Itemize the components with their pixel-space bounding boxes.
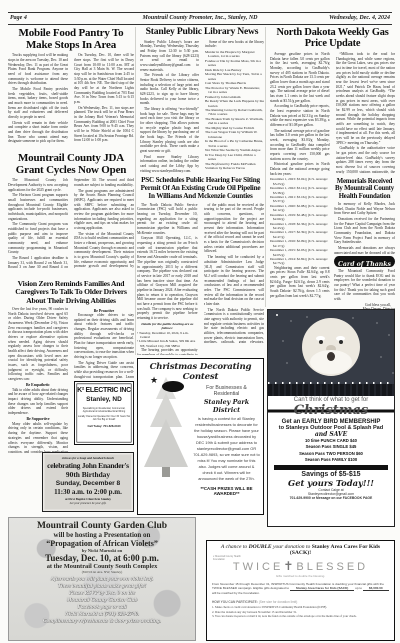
list-item: On Wednesday, Dec. 11, two stops are pla… <box>74 106 134 143</box>
ad-line: Join us for a Soup and Sandwich lunch <box>43 456 133 460</box>
black-bar <box>274 465 388 470</box>
list-item: The Horizon Grant program supports small… <box>8 193 68 221</box>
body-part: up to <box>355 586 362 590</box>
paragraphs: “Millions took to the road for Thanksgiv… <box>336 52 396 174</box>
list-item: The Protector by Wanda E. Brunstetter, 1… <box>205 86 264 95</box>
list-item: In the Blood of a Pie by Catherine Bruns… <box>205 139 264 148</box>
paragraph: Neighboring areas and their current gas … <box>270 266 330 299</box>
article-body: Trucks supplying food will be making sto… <box>8 53 134 149</box>
participate-note: (See size for donation limit) <box>259 600 298 604</box>
ad-line: celebrating John Enander's <box>43 461 133 470</box>
ad-line: For Businesses & Residential <box>193 385 260 397</box>
ad-decorating-contest: Christmas Decorating Contest ★ For Busin… <box>137 358 264 515</box>
list-item: The Broken Truth by Reavis Z. Wortham, 2… <box>205 117 264 126</box>
article-headline: Mountrail County JDA Grant Cycles Now Op… <box>8 152 134 176</box>
ad-line: Sunday, December 8 <box>43 480 133 487</box>
list-item: Variation by Rebecca Yarros <box>205 166 264 170</box>
article-column-right: Be Proactive Encourage older drivers to … <box>74 307 134 453</box>
list-item: Clients will remain in their vehicle and… <box>8 121 68 144</box>
paragraphs: of the public must be received at the he… <box>204 203 265 343</box>
advertiser-name: K² ELECTRIC INC <box>77 387 131 394</box>
list-item: December 1, 2018: $2.36/g (U.S. Average:… <box>270 222 330 231</box>
ad-pool-membership: Can't think of what to get for Christmas… <box>267 309 395 527</box>
ad-twice-blessed: A chance to DOUBLE your donation to Stan… <box>206 540 395 641</box>
article-mobile-food-pantry: Mobile Food Pantry To Make Stops In Area… <box>8 27 134 149</box>
article-body: In memory of Kelly Rhodes, Jack Seibel, … <box>334 202 395 254</box>
list-item: of the public must be received at the he… <box>204 203 265 254</box>
santa-moon-image <box>268 310 394 396</box>
list-item: These beautiful plants make great gifts! <box>9 583 195 590</box>
ad-line: Locally Owned & Operated for Over 30 Yea… <box>77 415 131 421</box>
ad-light-text: Afterwards you will plant your own viole… <box>9 576 195 626</box>
list-item: Complimentary refreshments & door prizes… <box>9 618 195 625</box>
cross-icon: ✝ <box>283 559 296 573</box>
foundation-label: Mountrail County Health Foundation <box>213 555 241 561</box>
list-item: The national average price of gasoline h… <box>270 129 330 162</box>
stars <box>276 314 278 316</box>
article-column-left: Average gasoline prices in North Dakota … <box>270 52 330 305</box>
column-divider <box>265 27 266 307</box>
ad-line: Let your presence be your gift. <box>43 501 133 505</box>
list-item: In Too Deep by Lee Child, 29th in a seri… <box>205 153 264 162</box>
ad-tagline: Gifts matched to double the blessing. <box>212 574 389 578</box>
participate-title: HOW YOU CAN PARTICIPATE: (See size for d… <box>212 600 389 604</box>
article-headline: North Dakota Weekly Gas Price Update <box>270 27 395 50</box>
article-headline: PSC Schedules Public Hearing For Siting … <box>137 177 264 201</box>
list-item: GasBuddy is the authoritative voice for … <box>336 146 396 174</box>
list-item: Please RSVP by Dec. 8 on the <box>9 590 195 597</box>
headline-line: About Their Driving Abilities <box>8 297 134 305</box>
article-column-left: The North Dakota Public Service Commissi… <box>137 203 198 355</box>
list-item: • Tuesday, December 10, 2024, 9 a.m. Cen… <box>137 331 198 340</box>
list-item: Be Ready When the Luck Happens by Ina Ga… <box>205 99 264 108</box>
ad-line: Specializing in Residential, Commercial,… <box>77 407 131 413</box>
ad-savings: Savings of $5-$15 <box>268 471 394 478</box>
ad-line: 11:30 a.m. to 2:00 p.m. <box>43 488 133 496</box>
list-item: The Community Grant program was establis… <box>8 222 68 255</box>
speech-bubble-text <box>164 384 182 389</box>
list-item: Murder in the Hospice by Margaret Loudon… <box>205 50 264 59</box>
header-bottom-rule <box>8 24 392 25</box>
moon-face <box>302 318 360 376</box>
logo-word: TWICE <box>233 561 283 573</box>
list-item: December 1, 2014: $2.82/g (U.S. Average:… <box>270 257 330 266</box>
paragraph: The hearing provides an opportunity for … <box>137 348 198 355</box>
paragraph: Over the last five years, 90 crashes in … <box>8 307 68 382</box>
list-item: Average gasoline prices in North Dakota … <box>270 52 330 103</box>
card-of-thanks-banner: Card of Thanks <box>334 256 395 267</box>
list-item: Find more Stanley Library information on… <box>140 155 199 174</box>
list-item: In memory of Kelly Rhodes, Jack Seibel, … <box>334 202 395 216</box>
ad-line: Stanley Park District <box>193 398 260 414</box>
subheading: Be Proactive <box>74 309 134 313</box>
article-body: Stanley Public Library's hours are Monda… <box>140 40 264 174</box>
hearing-details: • Tuesday, December 10, 2024, 9 a.m. Cen… <box>137 331 198 349</box>
article-headline: Vision Zero Reminds Families And Caregiv… <box>8 280 134 305</box>
list-item: Season Pass FAMILY $100 <box>268 457 394 463</box>
subheading: Be Supportive <box>8 417 68 421</box>
list-item: December 1, 2015: $2.03/g (U.S. Average:… <box>270 248 330 257</box>
list-item: December 1, 2020: $2.08/g (U.S. Average:… <box>270 204 330 213</box>
list-item: December 1, 2023: $3.02/g (U.S. Average:… <box>270 177 330 186</box>
price-history-list: December 1, 2023: $3.02/g (U.S. Average:… <box>270 177 330 265</box>
history-intro: Historical gasoline prices in North Dako… <box>270 162 330 176</box>
list-item: December 1, 2017: $2.39/g (U.S. Average:… <box>270 230 330 239</box>
article-body: The Mountrail County Job Development Aut… <box>8 178 134 276</box>
list-item: December 1, 2021: $3.16/g (U.S. Average:… <box>270 195 330 204</box>
ad-k2-electric: K² ELECTRIC INC Stanley, ND Specializing… <box>74 381 134 445</box>
christmas-tree-image: ★ <box>142 375 190 505</box>
article-headline: Memorials Received By Mountrail County H… <box>334 178 395 200</box>
list-item: The Friends of the Library offer Senior … <box>140 73 199 106</box>
list-item: The Mobile Food Pantry provides fresh ve… <box>8 87 68 120</box>
foundation-logo: ♥ Mountrail County Health Foundation <box>213 555 243 561</box>
paragraphs: The North Dakota Public Service Commissi… <box>137 203 198 321</box>
list-item: December 1, 2022: $3.12/g (U.S. Average:… <box>270 186 330 195</box>
advertiser-city: Stanley, ND <box>77 396 131 403</box>
headline-part: A chance to <box>221 544 247 550</box>
list-item: December 1, 2016: $2.09/g (U.S. Average:… <box>270 239 330 248</box>
ad-footer: **CASH PRIZES WILL BE AWARDED** <box>193 486 260 496</box>
headline-part: DOUBLE <box>249 544 272 550</box>
details-intro: Details for the public hearing are as fo… <box>137 322 198 330</box>
participate-steps: 1. Make check or credit card donation to… <box>212 605 389 619</box>
ad-contact: 701-629-9900 or Message on our FACEBOOK … <box>268 496 394 500</box>
list-item: The Running Grave by Robert Galbraith, 7… <box>205 108 264 117</box>
list-item: On Tuesday, Dec. 10, there will be three… <box>74 53 134 104</box>
list-item: The North Dakota Public Service Commissi… <box>204 308 265 343</box>
list-item: Mountrail County Garden Club <box>9 597 195 604</box>
subheading: Be Empathetic <box>8 383 68 387</box>
ad-line: Mountrail County Garden Club <box>9 521 195 531</box>
ad-phone: Call Today: 701-628-3440 <box>77 424 131 428</box>
list-item: December 1, 2019: $2.48/g (U.S. Average:… <box>270 213 330 222</box>
article-jda-grants: Mountrail County JDA Grant Cycles Now Op… <box>8 152 134 276</box>
article-column-right: “Millions took to the road for Thanksgiv… <box>336 52 396 174</box>
article-psc-hearing: PSC Schedules Public Hearing For Siting … <box>137 177 264 355</box>
article-column-right: of the public must be received at the he… <box>204 203 265 343</box>
ad-line: will be hosting a Presentation on <box>9 531 195 539</box>
headline-part: ! <box>309 550 311 556</box>
paragraph: Talk to older adults about their driving… <box>8 388 68 416</box>
list-item: According to GasBuddy price reports, the… <box>270 104 330 127</box>
list-item: Fondue or Die by Korina Moss, 5th in a s… <box>205 59 264 68</box>
article-memorials: Memorials Received By Mountrail County H… <box>334 178 395 254</box>
list-item: Grayson Mill Operating, LLC, is requesti… <box>137 236 198 320</box>
fence <box>268 384 394 396</box>
list-item: Moving Her Shack by Joy Turn, 3rd in a s… <box>205 72 264 81</box>
ad-line: Tuesday, Dec. 10, at 6:00 p.m. <box>9 553 195 563</box>
ad-body: is having a contest for all Stanley resi… <box>193 416 260 483</box>
column-text: Be Proactive Encourage older drivers to … <box>74 307 134 379</box>
article-column-left: Over the last five years, 90 crashes in … <box>8 307 68 453</box>
paragraph: Many older adults self-regulate by drivi… <box>8 422 68 453</box>
list-item: Stanley Public Library's hours are Monda… <box>140 40 199 73</box>
column-divider <box>135 27 136 355</box>
amount-blank: $6,000.00 <box>363 586 389 591</box>
list-item: 3. You can donate in-person or mail it i… <box>212 614 389 619</box>
ad-script-word: Christmas <box>268 403 394 418</box>
issue-date: Wednesday, Dec. 4, 2024 <box>329 15 390 21</box>
list-item: • Little Missouri Inn & Suites, 509 9th … <box>137 339 198 348</box>
list-item: The Mountrail County Job Development Aut… <box>8 178 68 192</box>
ad-enander-birthday: Join us for a Soup and Sandwich lunch ce… <box>42 452 134 512</box>
price-list: 10 time PUNCH CARD $40Season Pass SINGLE… <box>268 438 394 463</box>
list-item: The Last Wagon Train by William W. Johns… <box>205 130 264 139</box>
paragraph: The Aging Driver Guide can assist famili… <box>74 361 134 379</box>
list-item: The North Dakota Public Service Commissi… <box>137 203 198 236</box>
ad-body: From November 15 through December 31, IN… <box>212 582 389 595</box>
ad-line: “Propagation of African Violets” <box>9 539 195 548</box>
paragraph: Encourage older drivers to stay updated … <box>74 313 134 360</box>
ad-cta: Get yours Today!!! <box>268 478 394 488</box>
article-vision-zero: Vision Zero Reminds Families And Caregiv… <box>8 280 134 453</box>
thanks-body: The Mountrail Community Food Pantry woul… <box>334 269 395 302</box>
designation-blank: Stanley Area Cares for Kids (SACK) <box>290 586 354 591</box>
list-item: The grant programs are administered by t… <box>74 189 134 231</box>
ad-garden-club: Mountrail County Garden Club will be hos… <box>8 517 196 641</box>
list-item: The library is offering “eco-friendly” b… <box>140 107 199 154</box>
article-headline: Stanley Public Library News <box>140 27 264 38</box>
ad-line: at the Mountrail County South Complex <box>9 563 195 570</box>
banner-text: Card of Thanks <box>338 261 391 268</box>
new-books-list: Murder in the Hospice by Margaret Loudon… <box>205 40 264 174</box>
ad-line: 90th Birthday <box>43 470 133 479</box>
newspaper-page: Page 4 Mountrail County Promoter, Inc., … <box>0 0 400 643</box>
body-part: will be matched by the Foundation. <box>212 591 260 595</box>
list-item: Afterwards you will plant your own viole… <box>9 576 195 583</box>
header-top-rule <box>8 12 392 13</box>
article-library-news: Stanley Public Library News Stanley Publ… <box>140 27 264 174</box>
list-item: Trucks supplying food will be making sto… <box>8 53 68 86</box>
paragraph: Some of the new books at the library inc… <box>205 40 264 49</box>
article-headline: Mobile Food Pantry To Make Stops In Area <box>8 27 134 51</box>
list-item: “Millions took to the road for Thanksgiv… <box>336 52 396 145</box>
list-item: Memorials and donations are always appre… <box>334 246 395 254</box>
list-item: Donations received for the Partnering fo… <box>334 217 395 245</box>
paragraphs: Stanley Public Library's hours are Monda… <box>140 40 199 174</box>
ad-line: (8103 61st Ave. NW, Stanley) <box>9 570 195 574</box>
card-of-thanks: Card of Thanks The Mountrail Community F… <box>334 256 395 311</box>
participate-heading: HOW YOU CAN PARTICIPATE: <box>212 600 258 604</box>
ad-line: and SAVE <box>268 431 394 438</box>
paragraphs: Average gasoline prices in North Dakota … <box>270 52 330 161</box>
logo-word: BLESSED <box>296 561 368 573</box>
list-item: The hearing will be conducted by a subst… <box>204 255 265 306</box>
star-icon: ★ <box>150 375 158 386</box>
